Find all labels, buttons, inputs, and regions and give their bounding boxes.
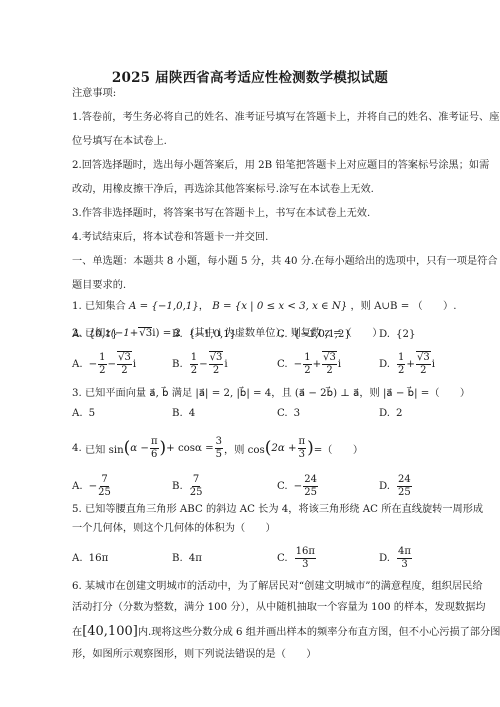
option-a[interactable]: A.5: [72, 400, 95, 426]
exam-page: 2025 届陕西省高考适应性检测数学模拟试题 注意事项: 1.答卷前，考生务必将…: [0, 0, 500, 707]
section-heading-line-1: 一、单选题：本题共 8 小题，每小题 5 分，共 40 分.在每小题给出的选项中…: [72, 255, 442, 269]
set-a: A = {−1,0,1}: [129, 301, 199, 312]
question-4-options: A.−725 B.725 C.−2425 D.2425: [72, 468, 442, 504]
option-d[interactable]: D. 12 + 32 i: [379, 346, 435, 382]
question-5-stem-line-1: 5. 已知等腰直角三角形 ABC 的斜边 AC 长为 4，将该三角形绕 AC 所…: [72, 503, 442, 517]
question-5-stem-line-2: 一个几何体，则这个几何体的体积为（ ）: [72, 522, 442, 536]
set-b: B = {x | 0 ≤ x < 3, x ∈ N}: [212, 301, 347, 312]
interval: [40,100]: [82, 624, 138, 639]
option-c[interactable]: C.3: [277, 400, 300, 426]
option-a[interactable]: A. − 12 − 32 i: [72, 346, 136, 382]
option-d[interactable]: D.2: [379, 400, 403, 426]
option-b[interactable]: B. 12 − 32 i: [172, 346, 228, 382]
option-b[interactable]: B.725: [172, 468, 203, 504]
question-6-stem-line-1: 6. 某城市在创建文明城市的活动中，为了解居民对“创建文明城市”的满意程度，组织…: [72, 580, 442, 594]
question-6-stem-line-3: 在[40,100]内.现将这些分数分成 6 组并画出样本的频率分布直方图，但不小…: [72, 625, 442, 640]
question-number: 1.: [72, 301, 82, 312]
option-a[interactable]: A.16π: [72, 540, 108, 576]
option-d[interactable]: D.2425: [379, 468, 413, 504]
section-heading-line-2: 题目要求的.: [72, 279, 442, 293]
option-d[interactable]: D.4π3: [379, 540, 413, 576]
option-b[interactable]: B.4: [172, 400, 195, 426]
question-2-stem: 2. 已知z(−1+3i) = 2 （其中 i 为虚数单位），则复数 z =（ …: [72, 327, 442, 341]
option-b[interactable]: B.4π: [172, 540, 202, 576]
question-3-stem: 3. 已知平面向量 a⃗, b⃗ 满足 |a⃗| = 2, |b⃗| = 4，且…: [72, 387, 442, 401]
notice-line-1: 1.答卷前，考生务必将自己的姓名、准考证号填写在答题卡上，并将自己的姓名、准考证…: [72, 111, 442, 125]
notice-heading: 注意事项:: [72, 87, 442, 101]
notice-line-3: 2.回答选择题时，选出每小题答案后，用 2B 铅笔把答题卡上对应题目的答案标号涂…: [72, 159, 442, 173]
question-2-options: A. − 12 − 32 i B. 12 − 32 i C. − 12 + 32…: [72, 346, 442, 382]
question-1-stem: 1. 已知集合 A = {−1,0,1}， B = {x | 0 ≤ x < 3…: [72, 300, 442, 314]
question-5-options: A.16π B.4π C.16π3 D.4π3: [72, 540, 442, 576]
question-3-options: A.5 B.4 C.3 D.2: [72, 400, 442, 426]
option-c[interactable]: C. − 12 + 32 i: [277, 346, 341, 382]
question-4-stem: 4. 已知 sin (α − π6) + cosα = 35 ，则 cos (2…: [72, 430, 442, 466]
notice-line-5: 3.作答非选择题时，将答案书写在答题卡上，书写在本试卷上无效.: [72, 207, 442, 221]
question-6-stem-line-4: 形，如图所示观察图形，则下列说法错误的是（ ）: [72, 648, 442, 662]
option-c[interactable]: C.16π3: [277, 540, 317, 576]
notice-line-2: 位号填写在本试卷上.: [72, 135, 442, 149]
option-a[interactable]: A.−725: [72, 468, 112, 504]
question-6-stem-line-2: 活动打分（分数为整数，满分 100 分），从中随机抽取一个容量为 100 的样本…: [72, 601, 442, 615]
document-title: 2025 届陕西省高考适应性检测数学模拟试题: [0, 66, 500, 86]
notice-line-4: 改动，用橡皮擦干净后，再选涂其他答案标号.涂写在本试卷上无效.: [72, 183, 442, 197]
notice-line-6: 4.考试结束后，将本试卷和答题卡一并交回.: [72, 231, 442, 245]
option-c[interactable]: C.−2425: [277, 468, 319, 504]
